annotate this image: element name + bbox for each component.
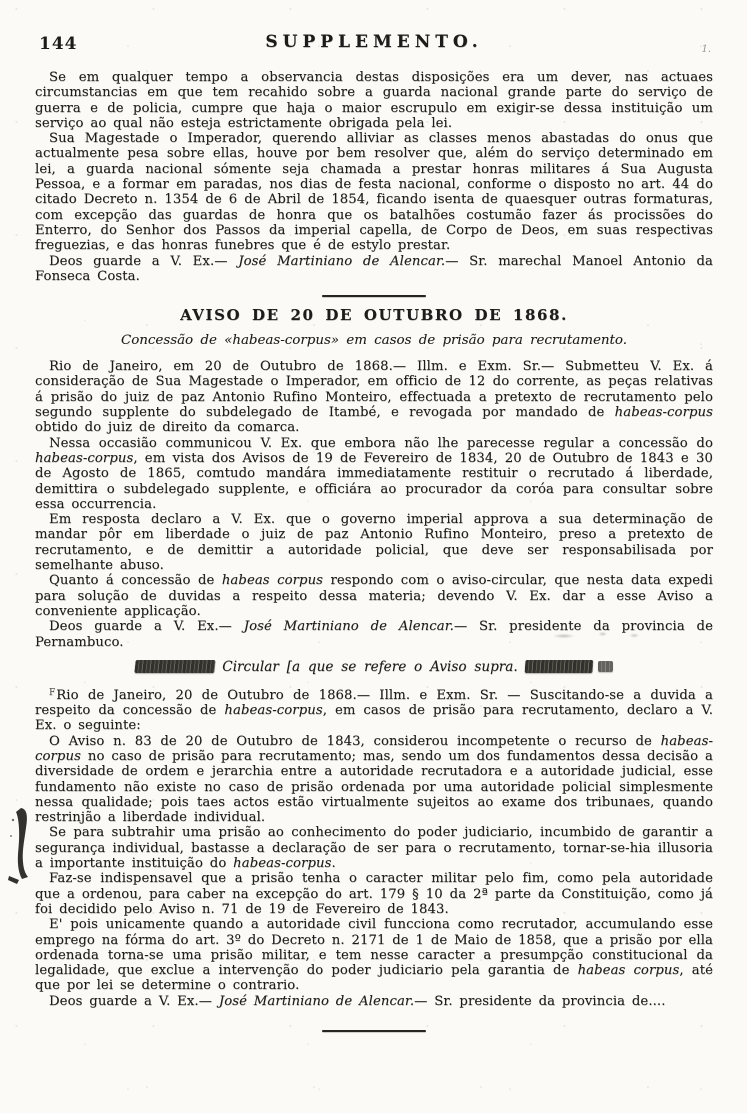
- section-divider: [322, 295, 426, 297]
- text-column: 144 SUPPLEMENTO. 1. Se em qualquer tempo…: [35, 32, 713, 1032]
- circular-paragraph-2: O Aviso n. 83 de 20 de Outubro de 1843, …: [35, 734, 713, 826]
- circular-paragraph-5: E' pois unicamente quando a autoridade c…: [35, 917, 713, 993]
- circular-signature: Deos guarde a V. Ex.— José Martiniano de…: [35, 994, 713, 1009]
- masthead: 144 SUPPLEMENTO. 1.: [35, 32, 713, 62]
- aviso-subtitle: Concessão de «habeas-corpus» em casos de…: [35, 333, 713, 348]
- pencil-marks: [545, 630, 650, 640]
- aviso-paragraph-2: Nessa occasião communicou V. Ex. que emb…: [35, 436, 713, 512]
- circular-paragraph-3: Se para subtrahir uma prisão ao conhecim…: [35, 825, 713, 871]
- intro-paragraph-1: Se em qualquer tempo a observancia desta…: [35, 70, 713, 131]
- circular-paragraph-1: FRio de Janeiro, 20 de Outubro de 1868.—…: [35, 686, 713, 734]
- header-title: SUPPLEMENTO.: [35, 32, 713, 52]
- circular-paragraph-4: Faz-se indispensavel que a prisão tenha …: [35, 871, 713, 917]
- aviso-paragraph-4: Quanto á concessão de habeas corpus resp…: [35, 573, 713, 619]
- aviso-paragraph-3: Em resposta declaro a V. Ex. que o gover…: [35, 512, 713, 573]
- circular-caption: Circular [a que se refere o Aviso supra.: [222, 659, 517, 675]
- circular-caption-row: Circular [a que se refere o Aviso supra.: [35, 659, 713, 675]
- intro-paragraph-2: Sua Magestade o Imperador, querendo alli…: [35, 131, 713, 253]
- scanned-document-page: 144 SUPPLEMENTO. 1. Se em qualquer tempo…: [0, 0, 747, 1113]
- ink-smudge-icon: [524, 660, 593, 673]
- end-divider: [322, 1030, 426, 1032]
- aviso-paragraph-1: Rio de Janeiro, em 20 de Outubro de 1868…: [35, 359, 713, 435]
- intro-signature: Deos guarde a V. Ex.— José Martiniano de…: [35, 254, 713, 285]
- corner-mark: 1.: [701, 44, 711, 55]
- ink-blot-icon: [6, 806, 36, 888]
- ink-smudge-icon: [598, 661, 613, 672]
- ink-smudge-icon: [135, 660, 216, 673]
- aviso-heading: AVISO DE 20 DE OUTUBRO DE 1868.: [35, 306, 713, 324]
- page-number: 144: [39, 34, 78, 54]
